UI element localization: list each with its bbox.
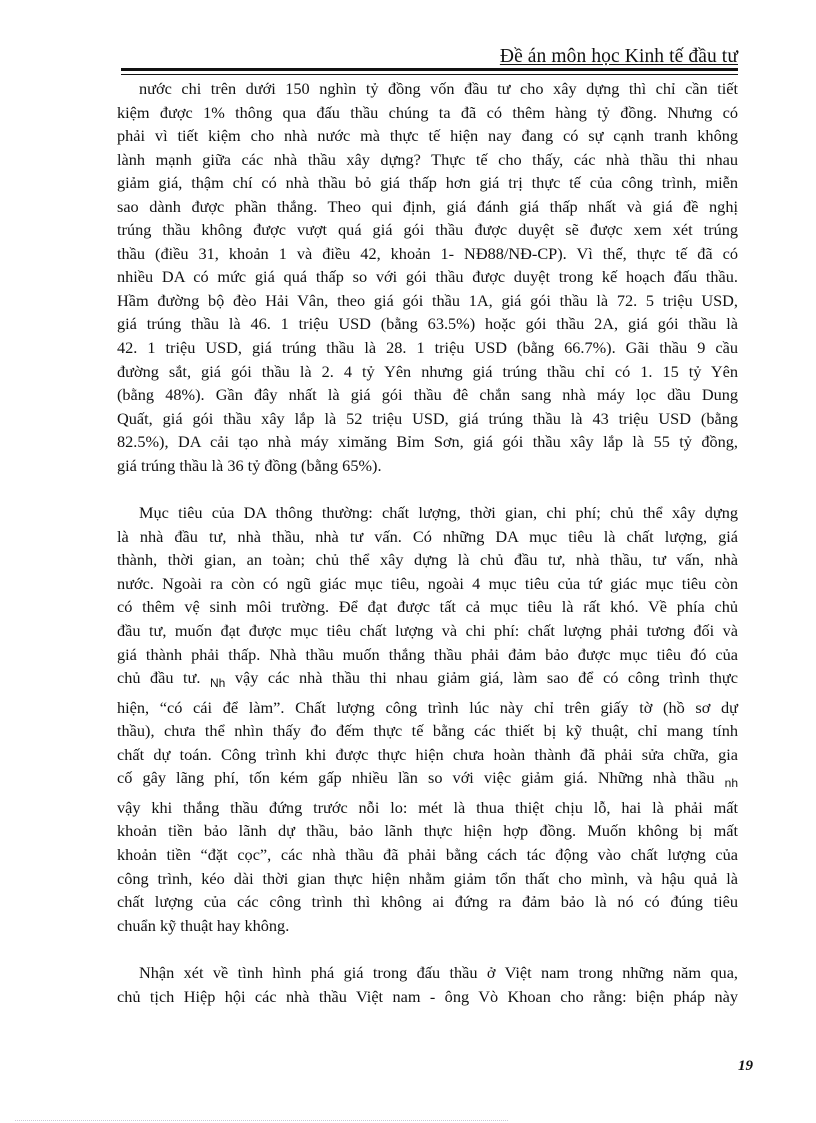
- text-line: phải vì tiết kiệm cho nhà nước mà thực t…: [117, 124, 738, 148]
- paragraph-2: Mục tiêu của DA thông thường: chất lượng…: [117, 501, 738, 937]
- text-line: chất lượng của các công trình thì không …: [117, 890, 738, 914]
- text-line: chủ tịch Hiệp hội các nhà thầu Việt nam …: [117, 985, 738, 1009]
- page-number: 19: [738, 1058, 753, 1075]
- text-line: Mục tiêu của DA thông thường: chất lượng…: [117, 501, 738, 525]
- text-line: (bằng 48%). Gần đây nhất là giá gói thầu…: [117, 383, 738, 407]
- text-line: công trình, kéo dài thời gian thực hiện …: [117, 867, 738, 891]
- text-line: thầu (điều 31, khoản 1 và điều 42, khoản…: [117, 242, 738, 266]
- text-line: có thêm vệ sinh môi trường. Để đạt được …: [117, 595, 738, 619]
- text-fragment: vậy các nhà thầu thi nhau giảm giá, làm …: [225, 668, 738, 687]
- text-line: chủ đầu tư. Nh vậy các nhà thầu thi nhau…: [117, 666, 738, 696]
- text-line: lành mạnh giữa các nhà thầu xây dựng? Th…: [117, 148, 738, 172]
- text-line: sao dành được phần thắng. Theo qui định,…: [117, 195, 738, 219]
- footer-dotted-line: [15, 1120, 508, 1122]
- text-line: khoản tiền “đặt cọc”, các nhà thầu đã ph…: [117, 843, 738, 867]
- paragraph-1: nước chi trên dưới 150 nghìn tỷ đồng vốn…: [117, 77, 738, 477]
- text-line: đường sắt, giá gói thầu là 2. 4 tỷ Yên n…: [117, 360, 738, 384]
- text-line: Hầm đường bộ đèo Hải Vân, theo giá gói t…: [117, 289, 738, 313]
- text-line: hiện, “có cái để làm”. Chất lượng công t…: [117, 696, 738, 720]
- text-line: kiệm được 1% thông qua đấu thầu chúng ta…: [117, 101, 738, 125]
- text-line: nước. Ngoài ra còn có ngũ giác mục tiêu,…: [117, 572, 738, 596]
- text-line: cố gây lãng phí, tốn kém gấp nhiều lần s…: [117, 766, 738, 796]
- text-line: trúng thầu không được vượt quá giá gói t…: [117, 218, 738, 242]
- text-line: đầu tư, muốn đạt được mục tiêu chất lượn…: [117, 619, 738, 643]
- text-line: Quất, giá gói thầu xây lắp là 52 triệu U…: [117, 407, 738, 431]
- header-title: Đề án môn học Kinh tế đầu tư: [500, 46, 738, 68]
- text-line: vậy khi thắng thầu đứng trước nỗi lo: mé…: [117, 796, 738, 820]
- text-fragment: chủ đầu tư.: [117, 668, 210, 687]
- text-line: nhiều DA có mức giá quá thấp so với gói …: [117, 265, 738, 289]
- text-line: nước chi trên dưới 150 nghìn tỷ đồng vốn…: [117, 77, 738, 101]
- document-body: nước chi trên dưới 150 nghìn tỷ đồng vốn…: [117, 77, 738, 1008]
- text-line: là nhà đầu tư, nhà thầu, nhà tư vấn. Có …: [117, 525, 738, 549]
- paragraph-gap: [117, 937, 738, 961]
- text-line: 42. 1 triệu USD, giá trúng thầu là 28. 1…: [117, 336, 738, 360]
- paragraph-3: Nhận xét về tình hình phá giá trong đấu …: [117, 961, 738, 1008]
- misplaced-fragment: Nh: [210, 676, 225, 690]
- text-line: khoản tiền bảo lãnh dự thầu, bảo lãnh th…: [117, 819, 738, 843]
- text-line: Nhận xét về tình hình phá giá trong đấu …: [117, 961, 738, 985]
- text-line: giá trúng thầu là 46. 1 triệu USD (bằng …: [117, 312, 738, 336]
- misplaced-fragment: nh: [725, 776, 738, 790]
- text-line: giá trúng thầu là 36 tỷ đồng (bằng 65%).: [117, 454, 738, 478]
- text-line: giá thành phải thấp. Nhà thầu muốn thắng…: [117, 643, 738, 667]
- text-line: chuẩn kỹ thuật hay không.: [117, 914, 738, 938]
- text-line: 82.5%), DA cải tạo nhà máy ximăng Bỉm Sơ…: [117, 430, 738, 454]
- text-fragment: cố gây lãng phí, tốn kém gấp nhiều lần s…: [117, 768, 725, 787]
- text-line: giảm giá, thậm chí có nhà thầu bỏ giá th…: [117, 171, 738, 195]
- paragraph-gap: [117, 477, 738, 501]
- text-line: thầu), chưa thể nhìn thấy đo đếm thực tế…: [117, 719, 738, 743]
- text-line: thành, thời gian, an toàn; chủ thể xây d…: [117, 548, 738, 572]
- text-line: chất dự toán. Công trình khi được thực h…: [117, 743, 738, 767]
- header-rule: [121, 68, 738, 75]
